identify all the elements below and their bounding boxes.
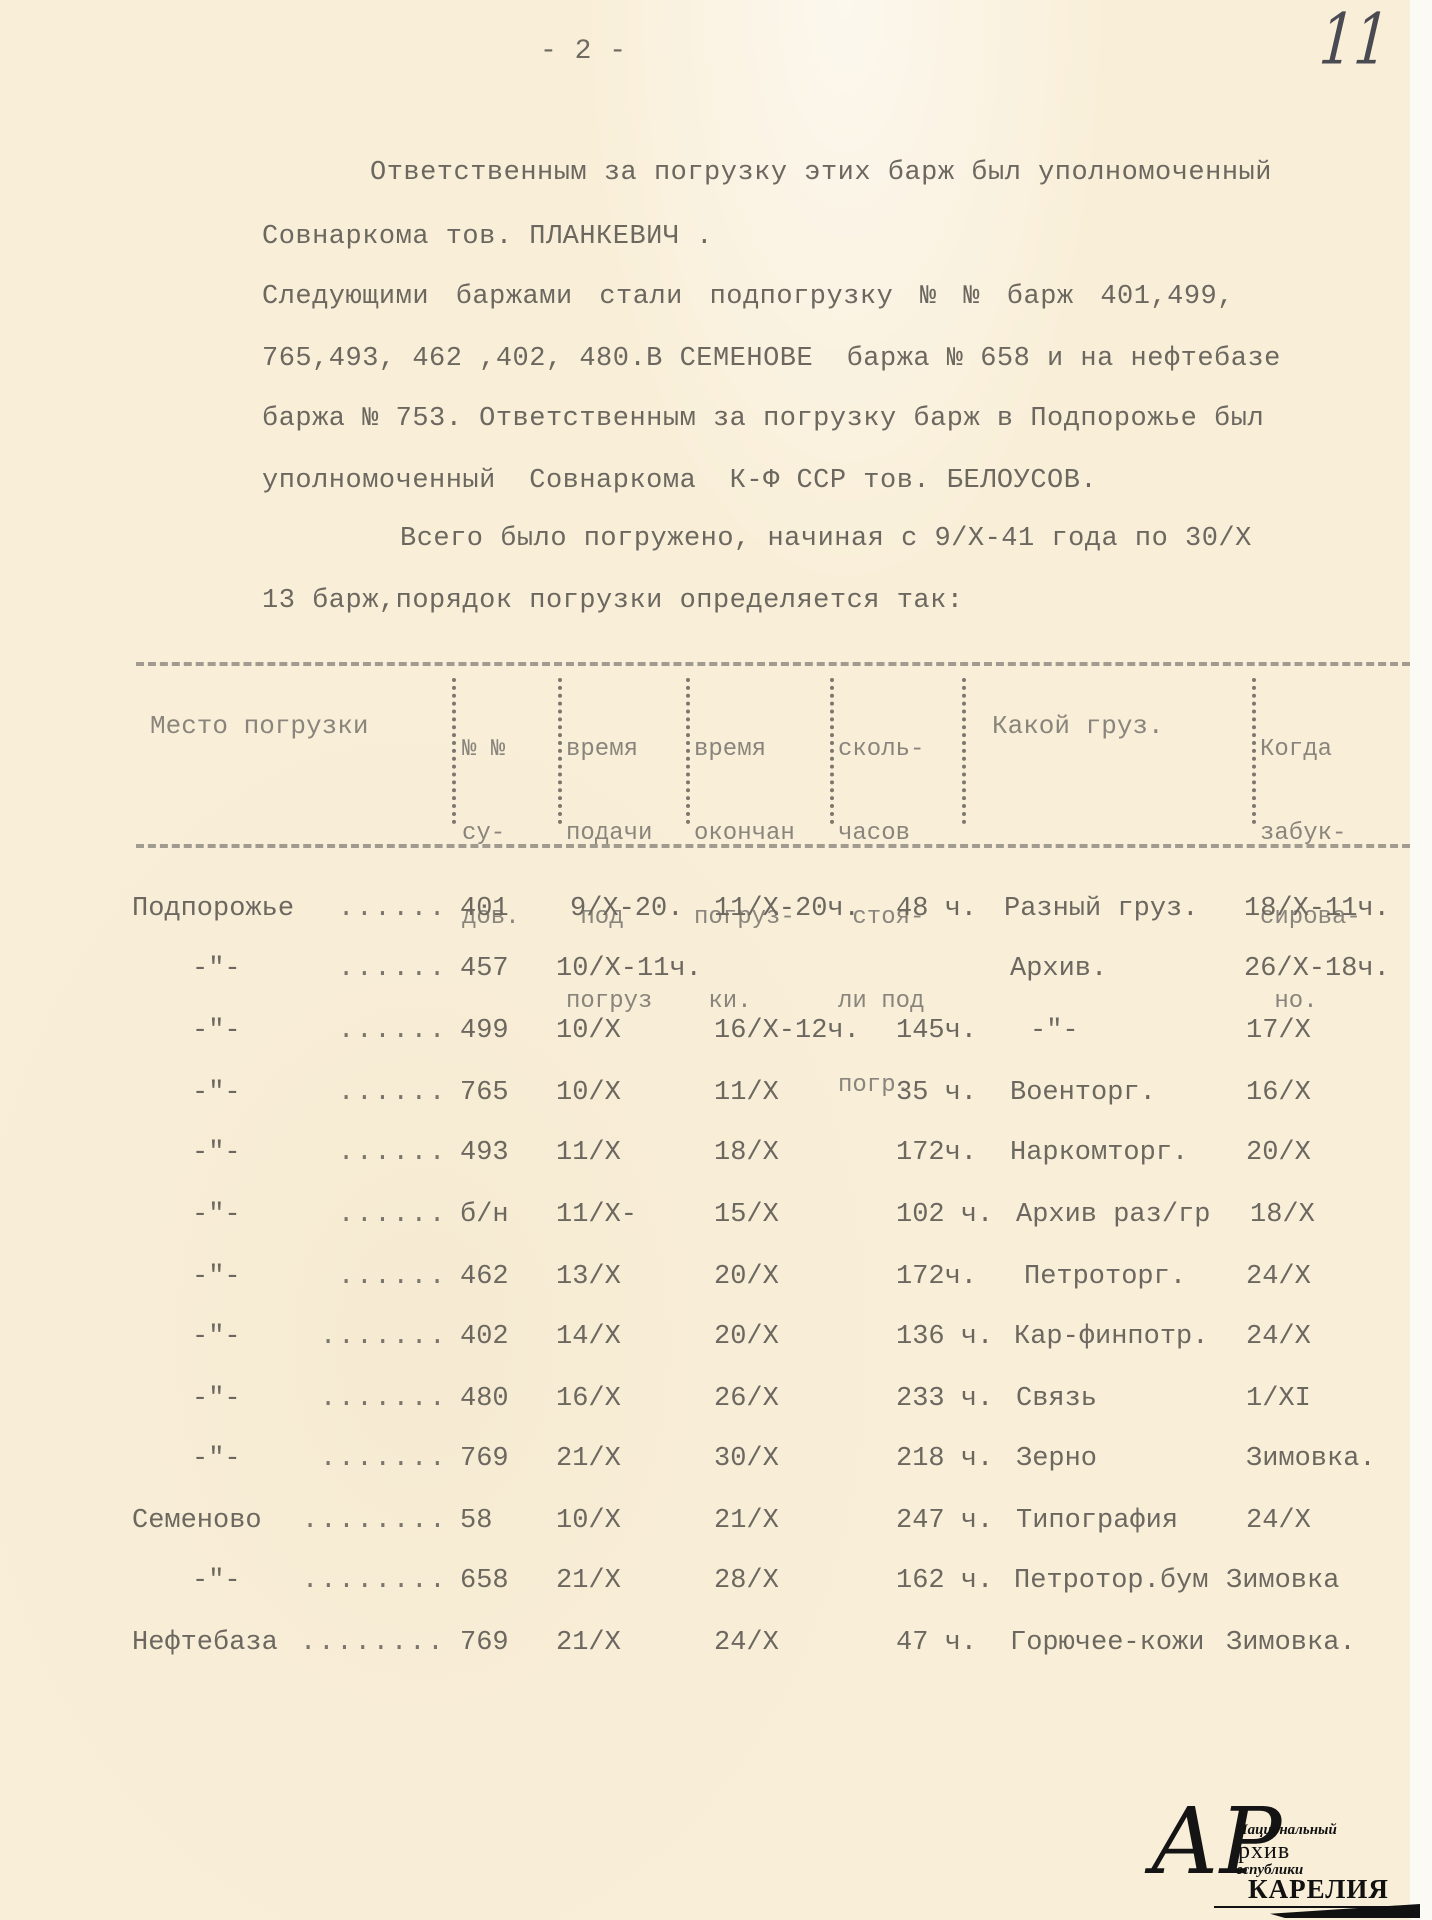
cell-leader-dots: ........	[302, 1506, 448, 1536]
cell-when: Зимовка.	[1226, 1628, 1356, 1658]
cell-end: 30/Х	[714, 1444, 779, 1474]
cell-start: 21/Х	[556, 1628, 621, 1658]
table-row: -"- ....... 402 14/Х 20/Х 136 ч. Кар-фин…	[0, 1322, 1410, 1362]
column-separator	[1252, 678, 1256, 824]
cell-end: 24/Х	[714, 1628, 779, 1658]
header-end-line: время	[694, 736, 795, 764]
cell-hours: 172ч.	[896, 1138, 977, 1168]
cell-when: Зимовка	[1226, 1566, 1339, 1596]
cell-number: 499	[460, 1016, 509, 1046]
cell-number: 402	[460, 1322, 509, 1352]
cell-number: 658	[460, 1566, 509, 1596]
cell-start: 10/Х	[556, 1016, 621, 1046]
cell-when: 18/Х-11ч.	[1244, 894, 1390, 924]
body-line-4: 765,493, 462 ,402, 480.В СЕМЕНОВЕ баржа …	[262, 344, 1281, 374]
table-row: Семеново ........ 58 10/Х 21/Х 247 ч. Ти…	[0, 1506, 1410, 1546]
body-line-7: Всего было погружено, начиная с 9/Х-41 г…	[400, 524, 1252, 554]
cell-when: Зимовка.	[1246, 1444, 1376, 1474]
cell-place: -"-	[192, 1200, 241, 1230]
cell-leader-dots: .......	[320, 1444, 447, 1474]
cell-end: 15/Х	[714, 1200, 779, 1230]
table-row: -"- ...... 457 10/Х-11ч. Архив. 26/Х-18ч…	[0, 954, 1410, 994]
cell-place: -"-	[192, 954, 241, 984]
cell-when: 20/Х	[1246, 1138, 1311, 1168]
cell-number: 401	[460, 894, 509, 924]
cell-cargo: Наркомторг.	[1010, 1138, 1188, 1168]
cell-start: 9/Х-20.	[570, 894, 683, 924]
cell-cargo: Петроторг.	[1024, 1262, 1186, 1292]
column-separator	[558, 678, 562, 824]
column-separator	[686, 678, 690, 824]
cell-cargo: Архив раз/гр	[1016, 1200, 1210, 1230]
cell-leader-dots: ........	[302, 1566, 448, 1596]
cell-leader-dots: ........	[300, 1628, 446, 1658]
cell-hours: 172ч.	[896, 1262, 977, 1292]
cell-leader-dots: ......	[338, 1078, 447, 1108]
cell-when: 1/ХI	[1246, 1384, 1311, 1414]
cell-hours: 247 ч.	[896, 1506, 993, 1536]
table-row: Нефтебаза ........ 769 21/Х 24/Х 47 ч. Г…	[0, 1628, 1410, 1668]
folio-number: 11	[1317, 0, 1392, 80]
document-page: - 2 - 11 Ответственным за погрузку этих …	[0, 0, 1410, 1920]
archive-stamp-line1: Национальный	[1236, 1822, 1337, 1839]
header-cargo: Какой груз.	[992, 712, 1164, 740]
cell-number: 765	[460, 1078, 509, 1108]
cell-start: 10/Х	[556, 1506, 621, 1536]
cell-leader-dots: ......	[338, 1262, 447, 1292]
cell-hours: 162 ч.	[896, 1566, 993, 1596]
cell-number: 480	[460, 1384, 509, 1414]
header-when: Когда забук- сирова- но.	[1260, 680, 1361, 1072]
archive-stamp-line4: КАРЕЛИЯ	[1248, 1874, 1389, 1905]
cell-end: 26/Х	[714, 1384, 779, 1414]
header-start-line: время	[566, 736, 652, 764]
cell-start: 10/Х-11ч.	[556, 954, 702, 984]
table-row: -"- ....... 769 21/Х 30/Х 218 ч. Зерно З…	[0, 1444, 1410, 1484]
cell-end: 16/Х-12ч.	[714, 1016, 860, 1046]
cell-cargo: Горючее-кожи	[1010, 1628, 1204, 1658]
cell-leader-dots: ......	[338, 954, 447, 984]
cell-when: 18/Х	[1250, 1200, 1315, 1230]
header-hours-line: сколь-	[838, 736, 924, 764]
table-row: -"- ...... 499 10/Х 16/Х-12ч. 145ч. -"- …	[0, 1016, 1410, 1056]
cell-leader-dots: ......	[338, 1138, 447, 1168]
header-when-line: Когда	[1260, 736, 1361, 764]
cell-end: 18/Х	[714, 1138, 779, 1168]
cell-start: 11/Х	[556, 1138, 621, 1168]
cell-number: 58	[460, 1506, 492, 1536]
cell-number: 493	[460, 1138, 509, 1168]
cell-number: 457	[460, 954, 509, 984]
cell-when: 26/Х-18ч.	[1244, 954, 1390, 984]
cell-cargo: Петротор.бум	[1014, 1566, 1208, 1596]
cell-hours: 145ч.	[896, 1016, 977, 1046]
cell-end: 20/Х	[714, 1322, 779, 1352]
cell-place: -"-	[192, 1138, 241, 1168]
table-header-bottom-rule	[136, 844, 1410, 848]
body-line-6: уполномоченный Совнаркома К-Ф ССР тов. Б…	[262, 466, 1097, 496]
body-line-8: 13 барж,порядок погрузки определяется та…	[262, 586, 964, 616]
cell-leader-dots: ......	[338, 1200, 447, 1230]
cell-number: 462	[460, 1262, 509, 1292]
cell-place: -"-	[192, 1384, 241, 1414]
cell-hours: 47 ч.	[896, 1628, 977, 1658]
cell-hours: 48 ч.	[896, 894, 977, 924]
cell-place: -"-	[192, 1262, 241, 1292]
table-row: -"- ...... 462 13/Х 20/Х 172ч. Петроторг…	[0, 1262, 1410, 1302]
header-place: Место погрузки	[150, 712, 368, 740]
header-start: время подачи под погруз	[566, 680, 652, 1072]
cell-when: 24/Х	[1246, 1322, 1311, 1352]
table-row: -"- ...... 765 10/Х 11/Х 35 ч. Военторг.…	[0, 1078, 1410, 1118]
table-row: -"- ...... 493 11/Х 18/Х 172ч. Наркомтор…	[0, 1138, 1410, 1178]
cell-place: Семеново	[132, 1506, 262, 1536]
cell-end: 28/Х	[714, 1566, 779, 1596]
cell-number: б/н	[460, 1200, 509, 1230]
cell-cargo: Связь	[1016, 1384, 1097, 1414]
archive-stamp-line2: рхив	[1238, 1838, 1290, 1865]
header-number-line: № №	[462, 736, 520, 764]
cell-place: -"-	[192, 1322, 241, 1352]
table-row: Подпорожье ...... 401 9/Х-20. 11/Х-20ч. …	[0, 894, 1410, 934]
cell-leader-dots: .......	[320, 1384, 447, 1414]
cell-hours: 35 ч.	[896, 1078, 977, 1108]
archive-stamp-logo: АР Национальный рхив еспублики КАРЕЛИЯ	[1140, 1800, 1432, 1920]
cell-place: -"-	[192, 1566, 241, 1596]
table-row: -"- ....... 480 16/Х 26/Х 233 ч. Связь 1…	[0, 1384, 1410, 1424]
body-line-2: Совнаркома тов. ПЛАНКЕВИЧ .	[262, 222, 713, 252]
cell-hours: 218 ч.	[896, 1444, 993, 1474]
cell-place: Подпорожье	[132, 894, 294, 924]
cell-start: 16/Х	[556, 1384, 621, 1414]
cell-start: 14/Х	[556, 1322, 621, 1352]
cell-leader-dots: ......	[338, 1016, 447, 1046]
cell-when: 24/Х	[1246, 1506, 1311, 1536]
cell-end: 21/Х	[714, 1506, 779, 1536]
cell-when: 17/Х	[1246, 1016, 1311, 1046]
cell-hours: 136 ч.	[896, 1322, 993, 1352]
body-line-5: баржа № 753. Ответственным за погрузку б…	[262, 404, 1264, 434]
cell-cargo: Типография	[1016, 1506, 1178, 1536]
column-separator	[962, 678, 966, 824]
cell-place: Нефтебаза	[132, 1628, 278, 1658]
cell-place: -"-	[192, 1016, 241, 1046]
body-line-1: Ответственным за погрузку этих барж был …	[370, 158, 1272, 188]
cell-end: 20/Х	[714, 1262, 779, 1292]
cell-number: 769	[460, 1628, 509, 1658]
header-end: время окончан погруз- ки.	[694, 680, 795, 1072]
table-top-rule	[136, 662, 1410, 666]
cell-start: 11/Х-	[556, 1200, 637, 1230]
cell-when: 16/Х	[1246, 1078, 1311, 1108]
column-separator	[830, 678, 834, 824]
cell-cargo: -"-	[1030, 1016, 1079, 1046]
cell-start: 13/Х	[556, 1262, 621, 1292]
cell-start: 10/Х	[556, 1078, 621, 1108]
column-separator	[452, 678, 456, 824]
cell-leader-dots: .......	[320, 1322, 447, 1352]
cell-place: -"-	[192, 1078, 241, 1108]
cell-hours: 233 ч.	[896, 1384, 993, 1414]
body-line-3: Следующими баржами стали подпогрузку № №…	[262, 282, 1234, 312]
cell-end: 11/Х-20ч.	[714, 894, 860, 924]
cell-end: 11/Х	[714, 1078, 779, 1108]
table-row: -"- ...... б/н 11/Х- 15/Х 102 ч. Архив р…	[0, 1200, 1410, 1240]
cell-hours: 102 ч.	[896, 1200, 993, 1230]
cell-when: 24/Х	[1246, 1262, 1311, 1292]
cell-start: 21/Х	[556, 1566, 621, 1596]
cell-cargo: Разный груз.	[1004, 894, 1198, 924]
cell-cargo: Зерно	[1016, 1444, 1097, 1474]
header-number: № № су- дов.	[462, 680, 520, 988]
page-number: - 2 -	[540, 36, 627, 67]
cell-place: -"-	[192, 1444, 241, 1474]
cell-cargo: Кар-финпотр.	[1014, 1322, 1208, 1352]
table-row: -"- ........ 658 21/Х 28/Х 162 ч. Петрот…	[0, 1566, 1410, 1606]
cell-start: 21/Х	[556, 1444, 621, 1474]
cell-number: 769	[460, 1444, 509, 1474]
cell-leader-dots: ......	[338, 894, 447, 924]
cell-cargo: Архив.	[1010, 954, 1107, 984]
cell-cargo: Военторг.	[1010, 1078, 1156, 1108]
